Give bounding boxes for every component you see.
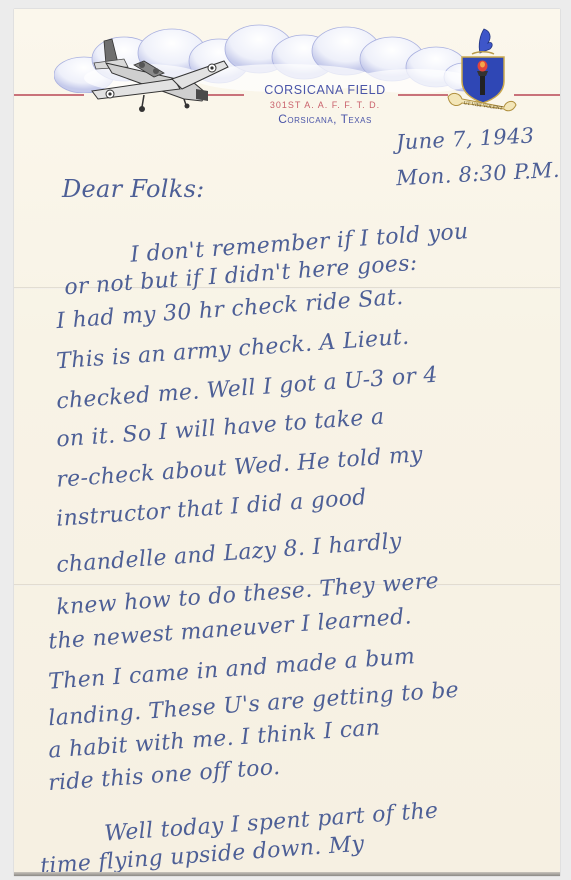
- letterhead-title: CORSICANA FIELD: [249, 83, 401, 97]
- letter-line: chandelle and Lazy 8. I hardly: [56, 529, 403, 579]
- letterhead-rule: [514, 94, 560, 96]
- letterhead-unit: 301ST A. A. F. F. T. D.: [249, 100, 401, 111]
- letter-line: re-check about Wed. He told my: [56, 442, 424, 494]
- airplane-icon: [84, 33, 234, 113]
- letter-greeting: Dear Folks:: [62, 176, 205, 202]
- crest-emblem-icon: UT VIRI VOLENT: [446, 27, 518, 117]
- letter-page: CORSICANA FIELD 301ST A. A. F. F. T. D. …: [14, 9, 560, 876]
- letterhead-city: Corsicana, Texas: [249, 112, 401, 126]
- letter-time: Mon. 8:30 P.M.: [395, 157, 560, 192]
- letterhead: CORSICANA FIELD 301ST A. A. F. F. T. D. …: [14, 9, 560, 129]
- letterhead-rule: [398, 94, 448, 96]
- scanned-letter: CORSICANA FIELD 301ST A. A. F. F. T. D. …: [0, 0, 571, 880]
- letterhead-rule: [14, 94, 84, 96]
- letter-line: instructor that I did a good: [55, 485, 367, 533]
